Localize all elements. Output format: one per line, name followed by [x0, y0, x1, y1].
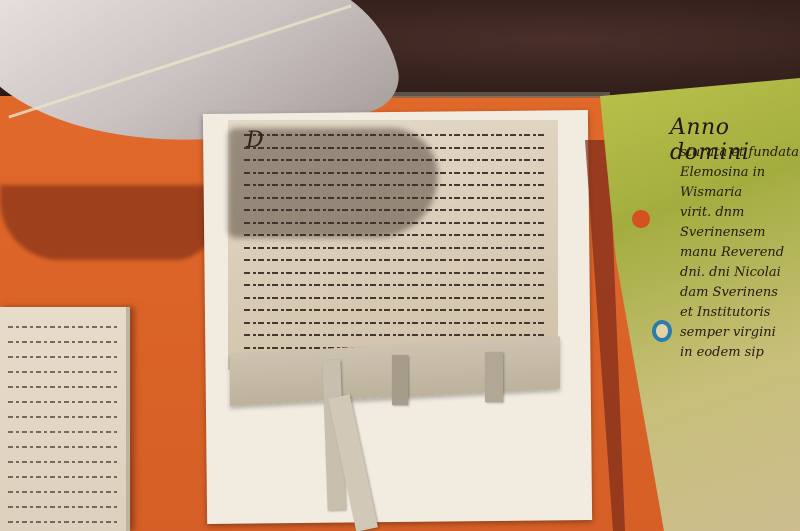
parchment-line: Sverinensem	[680, 225, 765, 240]
seal-strap	[485, 352, 503, 402]
parchment-line: dni. dni Nicolai	[680, 265, 781, 280]
parchment-line: dam Sverinens	[680, 285, 778, 300]
parchment-line: manu Reverend	[680, 245, 784, 260]
hand-shadow	[228, 128, 438, 238]
museum-display-scene: D Anno domini sturata et fundata Elemosi…	[0, 0, 800, 531]
notebook-text	[8, 326, 120, 531]
parchment-line: in eodem sip	[680, 345, 764, 360]
blue-initial-icon	[652, 320, 672, 342]
parchment-line: semper virgini	[680, 325, 776, 340]
seal-strap	[392, 355, 408, 405]
parchment-line: et Institutoris	[680, 305, 770, 320]
parchment-line: Wismaria	[680, 185, 742, 200]
shadow	[0, 185, 215, 260]
red-initial-icon	[632, 210, 650, 228]
parchment-line: virit. dnm	[680, 205, 744, 220]
parchment-line: Elemosina in	[680, 165, 765, 180]
parchment-line: sturata et fundata	[680, 145, 799, 160]
